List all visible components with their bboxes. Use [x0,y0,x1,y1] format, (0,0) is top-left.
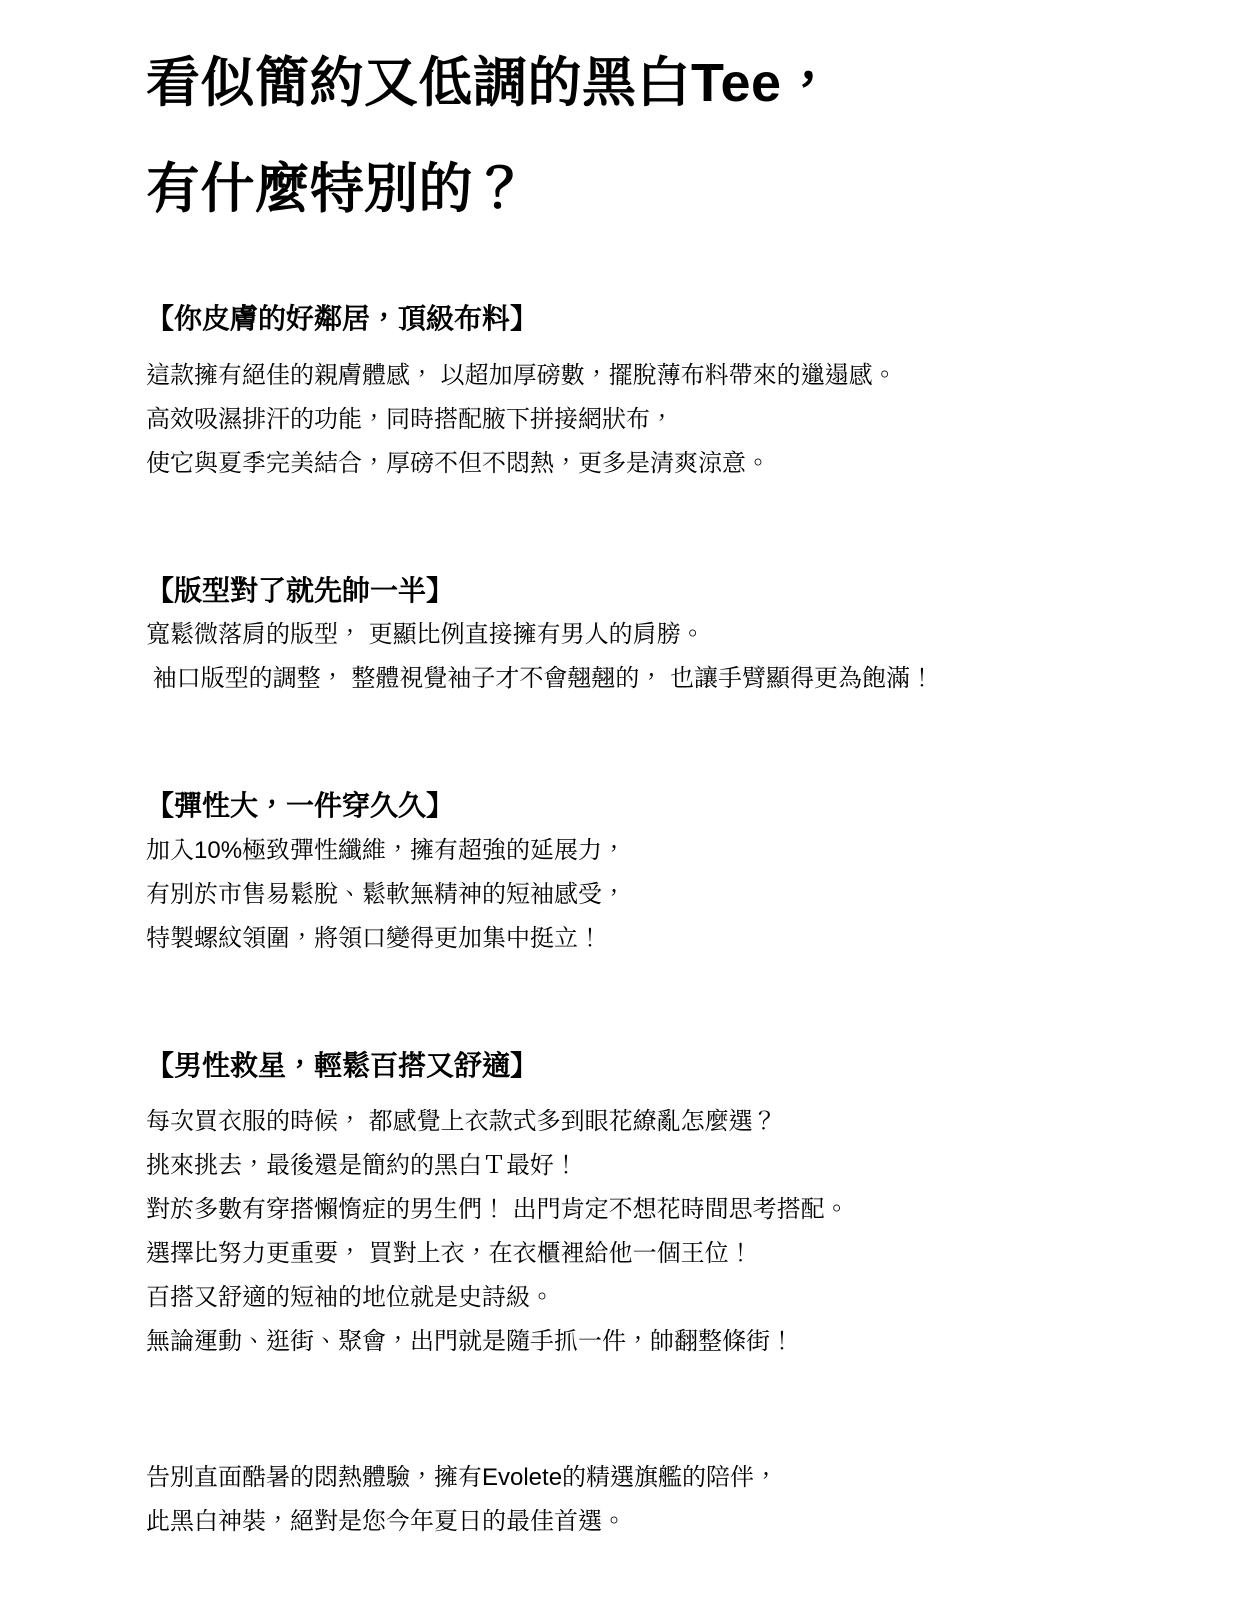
section-fit-heading: 【版型對了就先帥一半】 [146,574,1136,608]
body-line: 對於多數有穿搭懶惰症的男生們！ 出門肯定不想花時間思考搭配。 [146,1188,1136,1232]
section-elasticity: 【彈性大，一件穿久久】 加入10%極致彈性纖維，擁有超強的延展力， 有別於市售易… [146,789,1136,961]
body-line: 袖口版型的調整， 整體視覺袖子才不會翹翹的， 也讓手臂顯得更為飽滿！ [146,657,1136,701]
body-line: 寬鬆微落肩的版型， 更顯比例直接擁有男人的肩膀。 [146,613,1136,657]
body-line: 挑來挑去，最後還是簡約的黑白Ｔ最好！ [146,1144,1136,1188]
body-line: 高效吸濕排汗的功能，同時搭配腋下拼接網狀布， [146,398,1136,442]
body-line: 使它與夏季完美結合，厚磅不但不悶熱，更多是清爽涼意。 [146,442,1136,486]
section-elasticity-heading: 【彈性大，一件穿久久】 [146,789,1136,823]
product-description-page: 看似簡約又低調的黑白Tee， 有什麼特別的？ 【你皮膚的好鄰居，頂級布料】 這款… [0,0,1256,1614]
body-line: 有別於市售易鬆脫、鬆軟無精神的短袖感受， [146,873,1136,917]
page-title: 看似簡約又低調的黑白Tee， 有什麼特別的？ [146,56,1136,216]
body-line: 無論運動、逛街、聚會，出門就是隨手抓一件，帥翻整條街！ [146,1320,1136,1364]
section-fabric-heading: 【你皮膚的好鄰居，頂級布料】 [146,302,1136,336]
closing-paragraph: 告別直面酷暑的悶熱體驗，擁有Evolete的精選旗艦的陪伴， 此黑白神裝，絕對是… [146,1456,1136,1544]
body-line: 告別直面酷暑的悶熱體驗，擁有Evolete的精選旗艦的陪伴， [146,1456,1136,1500]
body-line: 加入10%極致彈性纖維，擁有超強的延展力， [146,829,1136,873]
body-line: 選擇比努力更重要， 買對上衣，在衣櫃裡給他一個王位！ [146,1232,1136,1276]
body-line: 特製螺紋領圍，將領口變得更加集中挺立！ [146,917,1136,961]
body-line: 每次買衣服的時候， 都感覺上衣款式多到眼花繚亂怎麼選？ [146,1100,1136,1144]
body-line: 此黑白神裝，絕對是您今年夏日的最佳首選。 [146,1500,1136,1544]
section-fabric: 【你皮膚的好鄰居，頂級布料】 這款擁有絕佳的親膚體感， 以超加厚磅數，擺脫薄布料… [146,302,1136,486]
page-title-line-1: 看似簡約又低調的黑白Tee， [146,56,1136,110]
section-fit: 【版型對了就先帥一半】 寬鬆微落肩的版型， 更顯比例直接擁有男人的肩膀。 袖口版… [146,574,1136,702]
section-versatility: 【男性救星，輕鬆百搭又舒適】 每次買衣服的時候， 都感覺上衣款式多到眼花繚亂怎麼… [146,1049,1136,1365]
page-title-line-2: 有什麼特別的？ [146,162,1136,216]
body-line: 這款擁有絕佳的親膚體感， 以超加厚磅數，擺脫薄布料帶來的邋遢感。 [146,354,1136,398]
body-line: 百搭又舒適的短袖的地位就是史詩級。 [146,1276,1136,1320]
section-versatility-heading: 【男性救星，輕鬆百搭又舒適】 [146,1049,1136,1083]
